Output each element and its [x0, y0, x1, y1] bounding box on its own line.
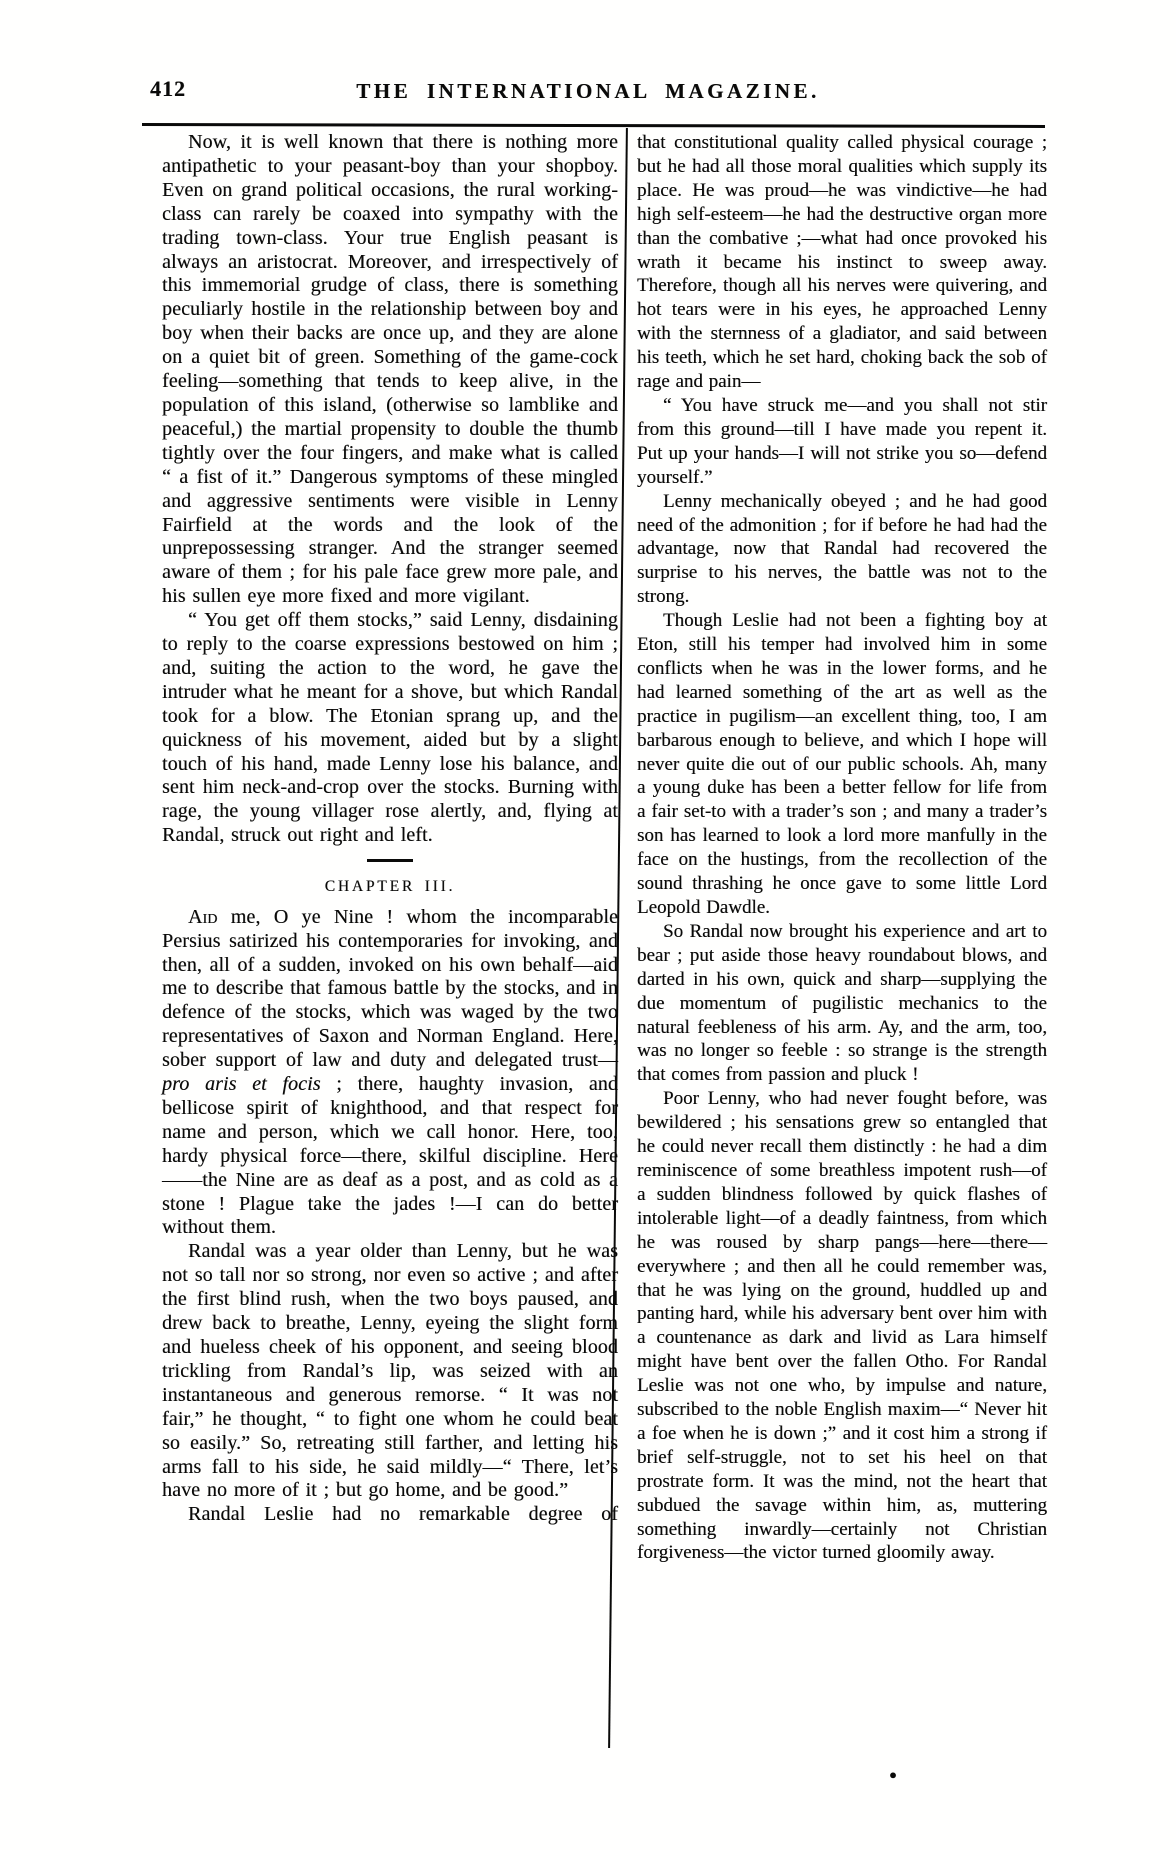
smallcaps-lead: Aid [188, 906, 218, 928]
paragraph-text: me, O ye Nine ! whom the incomparable Pe… [162, 906, 618, 1071]
section-rule [367, 859, 413, 862]
latin-phrase-italic: pro aris et focis [162, 1073, 321, 1095]
paragraph: Poor Lenny, who had never fought before,… [637, 1087, 1047, 1565]
chapter-heading: CHAPTER III. [162, 875, 618, 899]
left-column: Now, it is well known that there is noth… [162, 131, 618, 1527]
paragraph: So Randal now brought his experience and… [637, 920, 1047, 1087]
magazine-page-scan: 412 THE INTERNATIONAL MAGAZINE. Now, it … [0, 0, 1176, 1850]
running-title: THE INTERNATIONAL MAGAZINE. [0, 79, 1176, 104]
paragraph: “ You get off them stocks,” said Lenny, … [162, 609, 618, 848]
paragraph: Randal was a year older than Lenny, but … [162, 1240, 618, 1503]
paragraph: Aid me, O ye Nine ! whom the incomparabl… [162, 906, 618, 1241]
paragraph-text: ; there, haughty invasion, and bellicose… [162, 1073, 618, 1238]
paragraph: Now, it is well known that there is noth… [162, 131, 618, 609]
paragraph: that constitutional quality called physi… [637, 131, 1047, 394]
paragraph: Randal Leslie had no remarkable degree o… [162, 1503, 618, 1527]
header-rule [142, 123, 1045, 128]
right-column: that constitutional quality called physi… [637, 131, 1047, 1565]
printers-dot-mark: ● [889, 1768, 897, 1781]
paragraph: “ You have struck me—and you shall not s… [637, 394, 1047, 490]
chapter-break: CHAPTER III. [162, 859, 618, 899]
paragraph: Though Leslie had not been a fighting bo… [637, 609, 1047, 920]
paragraph: Lenny mechanically obeyed ; and he had g… [637, 490, 1047, 610]
